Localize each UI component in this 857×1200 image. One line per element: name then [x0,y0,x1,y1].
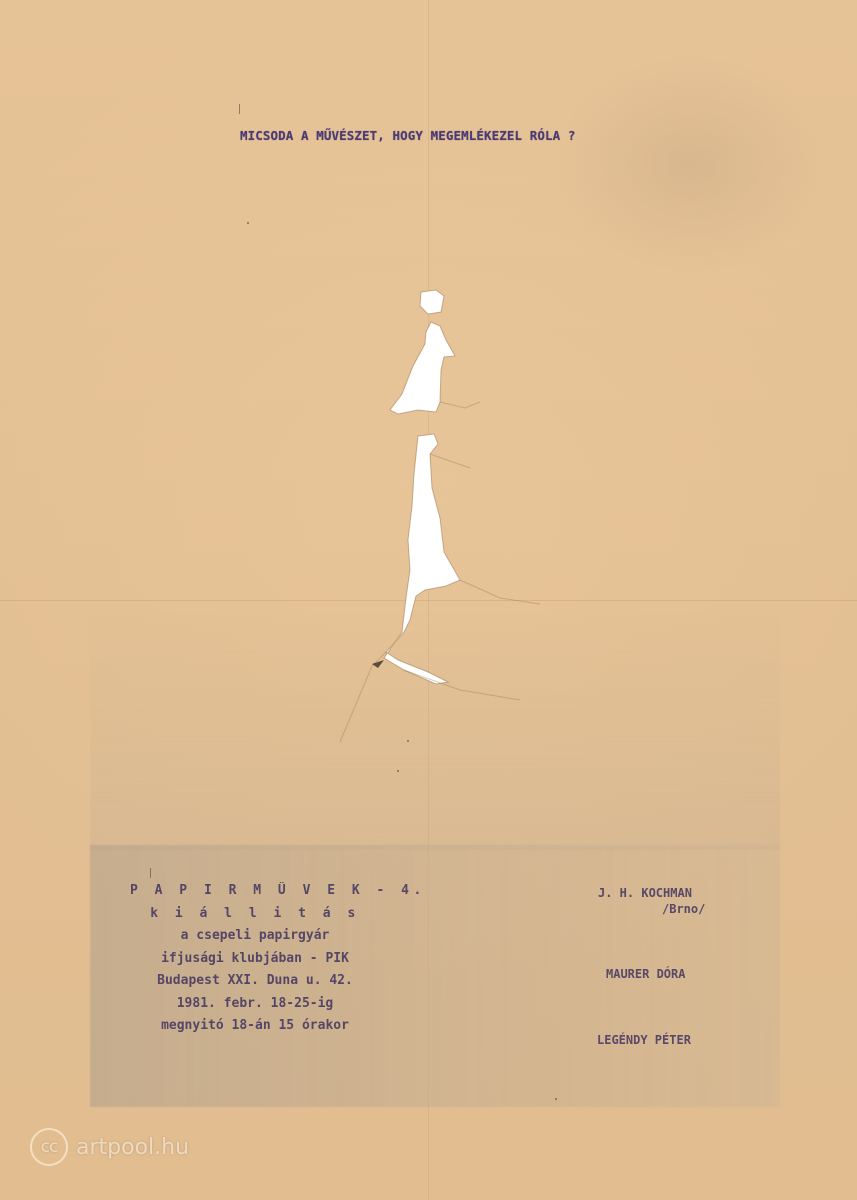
exhibition-info: P A P I R M Ü V E K - 4. k i á l l i t á… [130,880,380,1038]
venue-line-1: a csepeli papirgyár [130,925,380,948]
speck [397,770,399,772]
address: Budapest XXI. Duna u. 42. [130,970,380,993]
watermark-text: artpool.hu [76,1135,189,1160]
dates: 1981. febr. 18-25-ig [130,993,380,1016]
venue-line-2: ifjusági klubjában - PIK [130,948,380,971]
artist-location: /Brno/ [662,902,705,916]
opening-time: megnyitó 18-án 15 órakor [130,1015,380,1038]
cc-icon: cc [30,1128,68,1166]
exhibition-type: k i á l l i t á s [130,903,380,926]
poster-paper: MICSODA A MŰVÉSZET, HOGY MEGEMLÉKEZEL RÓ… [0,0,857,1200]
artist-name: J. H. KOCHMAN [598,886,692,900]
watermark: cc artpool.hu [30,1128,189,1166]
artist-name: LEGÉNDY PÉTER [597,1033,691,1047]
torn-hole [0,0,857,1200]
artist-name: MAURER DÓRA [606,967,685,981]
exhibition-title: P A P I R M Ü V E K - 4. [130,880,380,903]
speck [247,222,249,224]
speck [407,740,409,742]
speck [555,1098,557,1100]
